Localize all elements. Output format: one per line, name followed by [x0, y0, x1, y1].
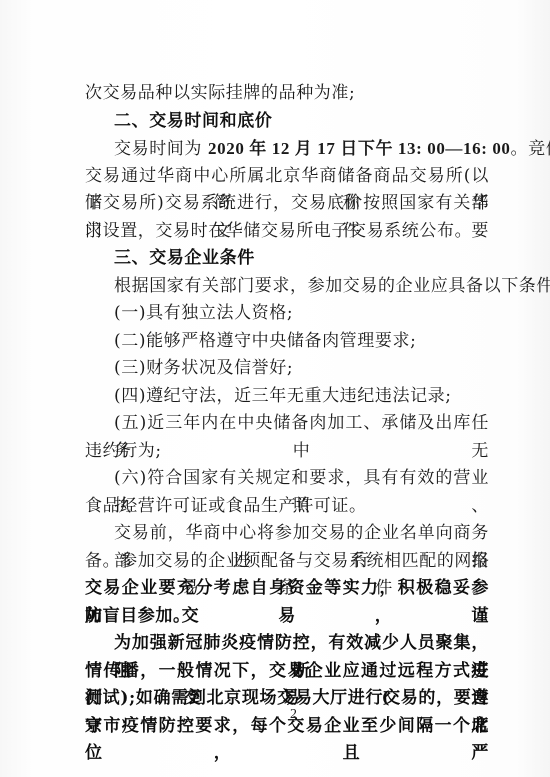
- section-heading-trading-time-and-base-price: 二、交易时间和底价: [85, 108, 489, 136]
- body-line: 交易通过华商中心所属北京华商储备商品交易所(以下简称华: [85, 163, 489, 191]
- trading-time-value: 2020 年 12 月 17 日下午 13: 00—16: 00: [208, 139, 511, 158]
- body-line: 交易前，华商中心将参加交易的企业名单向商务部进行报: [85, 520, 489, 548]
- section-heading-enterprise-conditions: 三、交易企业条件: [85, 245, 489, 273]
- document-body: 次交易品种以实际挂牌的品种为准; 二、交易时间和底价 交易时间为 2020 年 …: [85, 80, 489, 740]
- condition-item-2: (二)能够严格遵守中央储备肉管理要求;: [85, 328, 489, 356]
- conditions-intro: 根据国家有关部门要求，参加交易的企业应具备以下条件:: [85, 273, 489, 301]
- warning-line: 交易企业要充分考虑自身资金等实力，积极稳妥参加交易，谨: [85, 575, 489, 603]
- condition-item-5: (五)近三年内在中央储备肉加工、承储及出库任务中无: [85, 410, 489, 438]
- condition-item-6: (六)符合国家有关规定和要求，具有有效的营业执照、: [85, 465, 489, 493]
- covid-notice-line: 京市疫情防控要求，每个交易企业至少间隔一个席位，且严: [85, 713, 489, 741]
- trading-time-label: 交易时间为: [114, 139, 208, 159]
- body-line: 储交易所)交易系统进行，交易底价按照国家有关部门文件要: [85, 190, 489, 218]
- body-line: 求设置，交易时在华储交易所电子交易系统公布。: [85, 218, 489, 246]
- body-line: 次交易品种以实际挂牌的品种为准;: [85, 80, 489, 108]
- body-line: 备。参加交易的企业须配备与交易系统相匹配的网络交易条件。: [85, 548, 489, 576]
- trading-time-suffix: 。竞价: [511, 139, 550, 159]
- page-number: 2: [290, 707, 297, 723]
- condition-item-1: (一)具有独立法人资格;: [85, 300, 489, 328]
- document-page: 次交易品种以实际挂牌的品种为准; 二、交易时间和底价 交易时间为 2020 年 …: [0, 0, 550, 777]
- covid-notice-line: 测试);如确需到北京现场交易大厅进行交易的，要遵守北: [85, 685, 489, 713]
- condition-item-4: (四)遵纪守法，近三年无重大违纪违法记录;: [85, 383, 489, 411]
- covid-notice-line: 为加强新冠肺炎疫情防控，有效减少人员聚集，阻断疫: [85, 630, 489, 658]
- condition-item-3: (三)财务状况及信誉好;: [85, 355, 489, 383]
- covid-notice-line: 情传播，一般情况下，交易企业应通过远程方式进行交易(含: [85, 658, 489, 686]
- trading-time-line: 交易时间为 2020 年 12 月 17 日下午 13: 00—16: 00。竞…: [85, 135, 489, 163]
